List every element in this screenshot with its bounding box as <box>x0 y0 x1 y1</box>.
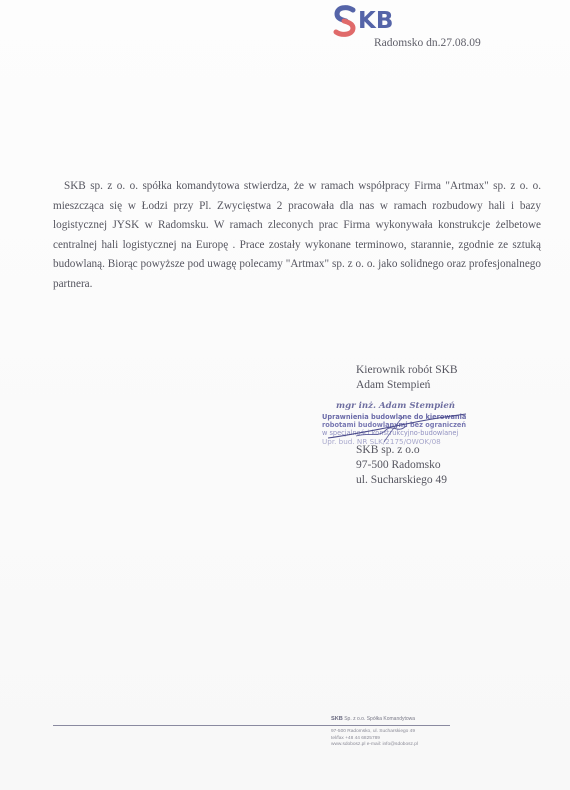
footer-address: 97-500 Radomsko, ul. Sucharskiego 49 <box>331 729 418 736</box>
footer-divider <box>53 725 450 726</box>
skb-logo: KB <box>333 5 393 37</box>
footer-company-bold: SKB <box>331 716 343 722</box>
skb-s-logo-icon <box>333 5 357 37</box>
footer-web-email: www.sdobosz.pl e-mail: info@sdobosz.pl <box>331 742 418 749</box>
recommendation-paragraph: SKB sp. z o. o. spółka komandytowa stwie… <box>53 177 541 295</box>
company-postal: 97-500 Radomsko <box>356 458 447 473</box>
company-name: SKB sp. z o.o <box>356 443 447 458</box>
company-address: SKB sp. z o.o 97-500 Radomsko ul. Suchar… <box>356 443 447 487</box>
footer-company: SKB Sp. z o.o. Spółka Komandytowa <box>331 716 415 722</box>
footer-contact: 97-500 Radomsko, ul. Sucharskiego 49 tel… <box>331 729 418 749</box>
signatory-block: Kierownik robót SKB Adam Stempień <box>356 363 458 392</box>
company-street: ul. Sucharskiego 49 <box>356 473 447 488</box>
letter-body: SKB sp. z o. o. spółka komandytowa stwie… <box>53 177 541 295</box>
logo-text: KB <box>358 8 393 34</box>
place-and-date: Radomsko dn.27.08.09 <box>374 37 481 49</box>
footer-company-rest: Sp. z o.o. Spółka Komandytowa <box>344 716 415 722</box>
signatory-title: Kierownik robót SKB <box>356 363 458 378</box>
handwritten-signature-icon <box>326 408 471 448</box>
letter-page: KB Radomsko dn.27.08.09 SKB sp. z o. o. … <box>0 0 570 790</box>
signatory-name: Adam Stempień <box>356 378 458 393</box>
